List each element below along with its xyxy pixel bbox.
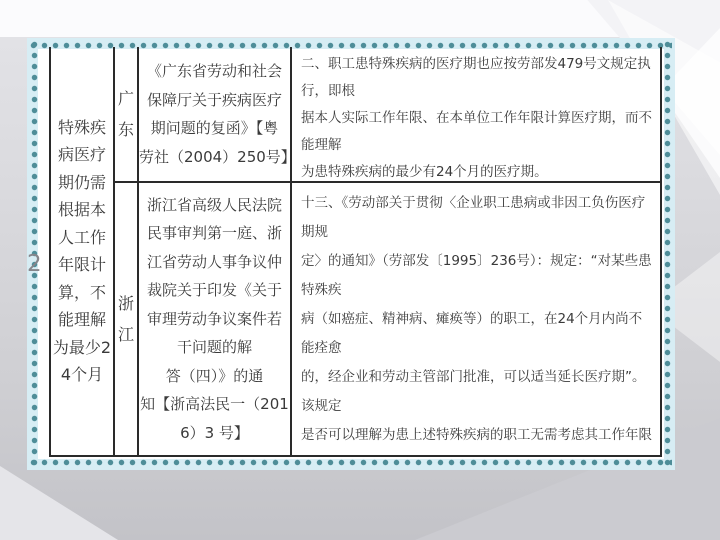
page-background: { "page": { "number": "2" }, "colors": {… xyxy=(0,0,720,540)
table-cell-province-zhejiang: 浙 江 xyxy=(115,183,139,455)
slide-canvas: 特殊疾 病医疗 期仍需 根据本 人工作 年限计 算，不 能理解 为最少2 4个月… xyxy=(27,38,675,470)
table-cell-content-zhejiang: 十三、《劳动部关于贯彻〈企业职工患病或非因工负伤医疗期规 定〉的通知》（劳部发〔… xyxy=(292,183,660,455)
table-cell-citation-guangdong: 《广东省劳动和社会 保障厅关于疾病医疗 期问题的复函》【粤 劳社（2004）25… xyxy=(139,47,292,183)
slide-page-number: 2 xyxy=(27,251,42,277)
background-triangle xyxy=(0,466,118,540)
table-cell-citation-zhejiang: 浙江省高级人民法院 民事审判第一庭、浙 江省劳动人事争议仲 裁院关于印发《关于 … xyxy=(139,183,292,455)
background-top-band xyxy=(0,0,720,37)
dashed-border-right xyxy=(664,41,671,467)
table-cell-row-header: 特殊疾 病医疗 期仍需 根据本 人工作 年限计 算，不 能理解 为最少2 4个月 xyxy=(51,47,115,455)
medical-period-table: 特殊疾 病医疗 期仍需 根据本 人工作 年限计 算，不 能理解 为最少2 4个月… xyxy=(49,47,662,457)
table-cell-province-guangdong: 广 东 xyxy=(115,47,139,183)
table-cell-content-guangdong: 二、职工患特殊疾病的医疗期也应按劳部发479号文规定执行，即根 据本人实际工作年… xyxy=(292,47,660,183)
dashed-border-bottom xyxy=(30,459,672,466)
